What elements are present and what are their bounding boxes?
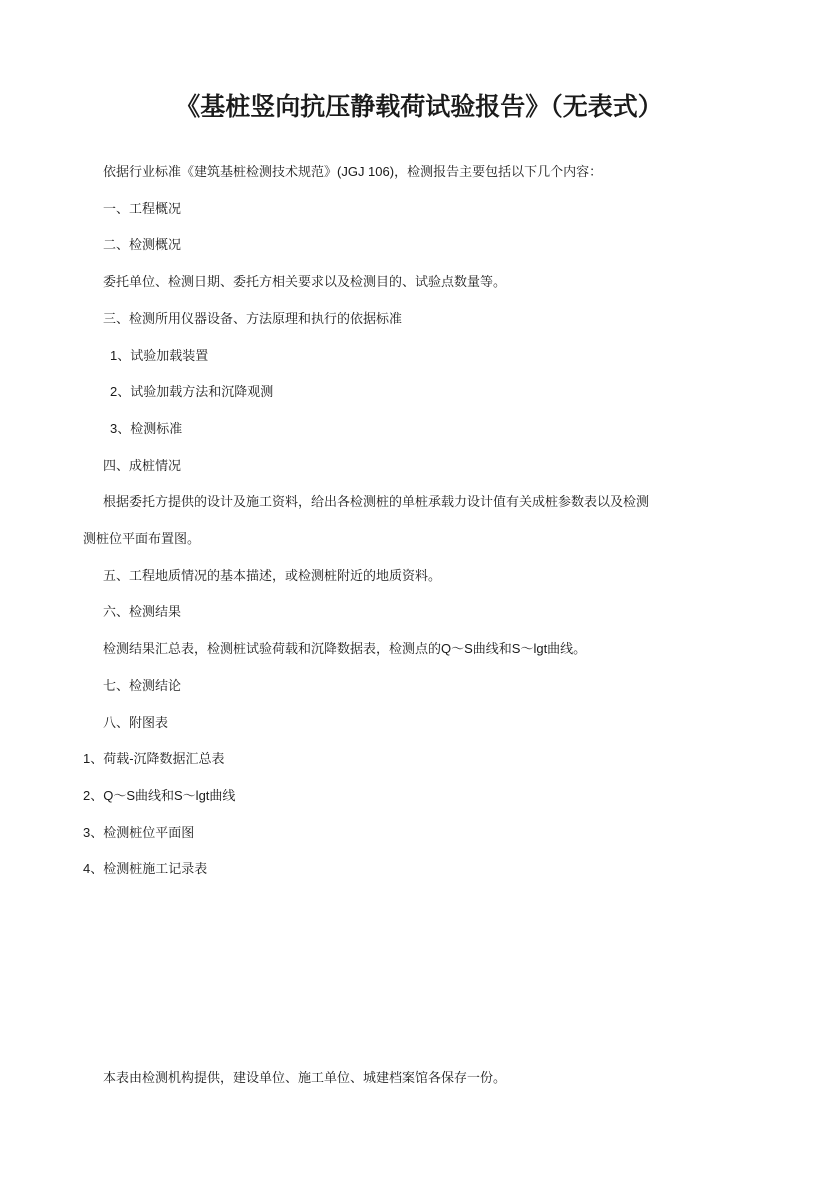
document-body: 依据行业标准《建筑基桩检测技术规范》(JGJ 106)，检测报告主要包括以下几个… [0,154,838,1097]
doc-line-section-6-desc: 检测结果汇总表，检测桩试验荷载和沉降数据表，检测点的Q～S曲线和S～lgt曲线。 [83,631,760,668]
doc-line-sub-3: 3、检测标准 [83,411,760,448]
doc-line-section-8: 八、附图表 [83,705,760,742]
doc-line-attachment-1: 1、荷载-沉降数据汇总表 [83,741,760,778]
doc-footer-note: 本表由检测机构提供，建设单位、施工单位、城建档案馆各保存一份。 [83,1060,760,1097]
doc-line-section-2-desc: 委托单位、检测日期、委托方相关要求以及检测目的、试验点数量等。 [83,264,760,301]
doc-line-section-4-desc-1: 根据委托方提供的设计及施工资料，给出各检测桩的单桩承载力设计值有关成桩参数表以及… [83,484,760,521]
document-page: 《基桩竖向抗压静载荷试验报告》（无表式） 依据行业标准《建筑基桩检测技术规范》(… [0,0,838,1186]
doc-line-section-2: 二、检测概况 [83,227,760,264]
doc-line-sub-1: 1、试验加载装置 [83,338,760,375]
doc-line-section-4-desc-2: 测桩位平面布置图。 [83,521,760,558]
doc-line-section-6: 六、检测结果 [83,594,760,631]
document-title: 《基桩竖向抗压静载荷试验报告》（无表式） [0,0,838,128]
doc-line-attachment-2: 2、Q～S曲线和S～lgt曲线 [83,778,760,815]
doc-line-attachment-3: 3、检测桩位平面图 [83,815,760,852]
blank-space [83,888,760,1060]
doc-line-section-4: 四、成桩情况 [83,448,760,485]
doc-line-section-1: 一、工程概况 [83,191,760,228]
doc-line-sub-2: 2、试验加载方法和沉降观测 [83,374,760,411]
doc-line-attachment-4: 4、检测桩施工记录表 [83,851,760,888]
doc-line-section-7: 七、检测结论 [83,668,760,705]
doc-line-intro: 依据行业标准《建筑基桩检测技术规范》(JGJ 106)，检测报告主要包括以下几个… [83,154,760,191]
doc-line-section-3: 三、检测所用仪器设备、方法原理和执行的依据标准 [83,301,760,338]
doc-line-section-5: 五、工程地质情况的基本描述，或检测桩附近的地质资料。 [83,558,760,595]
